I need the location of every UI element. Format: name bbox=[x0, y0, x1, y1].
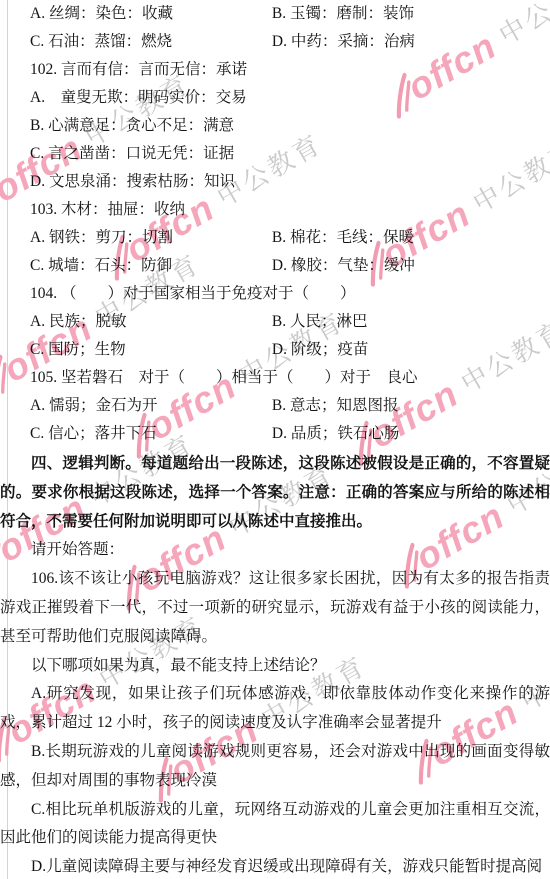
exam-document: A. 丝绸：染色：收藏 B. 玉镯：磨制：装饰 C. 石油：蒸馏：燃烧 D. 中… bbox=[0, 0, 550, 879]
q103-option-d: D. 橡胶：气垫：缓冲 bbox=[272, 257, 415, 274]
q106-option-c: C.相比玩单机版游戏的儿童，玩网络互动游戏的儿童会更加注重相互交流，因此他们的阅… bbox=[0, 796, 550, 854]
q103-option-a: A. 钢铁：剪刀：切割 bbox=[30, 224, 268, 252]
q106-option-b: B.长期玩游戏的儿童阅读游戏规则更容易，还会对游戏中出现的画面变得敏感，但却对周… bbox=[0, 738, 550, 796]
q101-option-d: D. 中药：采摘：治病 bbox=[272, 33, 415, 50]
q103-option-row-ab: A. 钢铁：剪刀：切割 B. 棉花：毛线：保暖 bbox=[0, 224, 550, 252]
logic-judgment-section: 四、逻辑判断。每道题给出一段陈述，这段陈述被假设是正确的，不容置疑的。要求你根据… bbox=[0, 450, 550, 879]
q103-stem: 103. 木材：抽屉：收纳 bbox=[0, 196, 550, 224]
q105-option-c: C. 信心；落井下石 bbox=[30, 420, 268, 448]
q103-option-b: B. 棉花：毛线：保暖 bbox=[272, 229, 414, 246]
q105-option-a: A. 懦弱；金石为开 bbox=[30, 392, 268, 420]
q106-option-d: D.儿童阅读障碍主要与神经发育迟缓或出现障碍有关，游戏只能暂时提高阅 bbox=[0, 853, 550, 879]
q102-option-b: B. 心满意足：贪心不足：满意 bbox=[0, 112, 550, 140]
q102-option-d: D. 文思泉涌：搜索枯肠：知识 bbox=[0, 168, 550, 196]
q102-option-a: A. 童叟无欺：明码实价：交易 bbox=[0, 84, 550, 112]
q105-stem: 105. 坚若磐石 对于（ ）相当于（ ）对于 良心 bbox=[0, 364, 550, 392]
q104-option-d: D. 阶级；疫苗 bbox=[272, 341, 368, 358]
q103-option-row-cd: C. 城墙：石头：防御 D. 橡胶：气垫：缓冲 bbox=[0, 252, 550, 280]
q104-option-row-ab: A. 民族；脱敏 B. 人民；淋巴 bbox=[0, 308, 550, 336]
q105-option-row-ab: A. 懦弱；金石为开 B. 意志；知恩图报 bbox=[0, 392, 550, 420]
q106-question-line: 以下哪项如果为真，最不能支持上述结论？ bbox=[0, 652, 550, 681]
q101-option-a: A. 丝绸：染色：收藏 bbox=[30, 0, 268, 28]
q105-option-row-cd: C. 信心；落井下石 D. 品质；铁石心肠 bbox=[0, 420, 550, 448]
q105-option-b: B. 意志；知恩图报 bbox=[272, 397, 399, 414]
q106-option-a: A.研究发现，如果让孩子们玩体感游戏，即依靠肢体动作变化来操作的游戏，累计超过 … bbox=[0, 680, 550, 738]
section-four-heading: 四、逻辑判断。每道题给出一段陈述，这段陈述被假设是正确的，不容置疑的。要求你根据… bbox=[0, 450, 550, 536]
q104-option-a: A. 民族；脱敏 bbox=[30, 308, 268, 336]
q102-option-c: C. 言之凿凿：口说无凭：证据 bbox=[0, 140, 550, 168]
q104-option-c: C. 国防；生物 bbox=[30, 336, 268, 364]
q104-stem: 104. （ ）对于国家相当于免疫对于（ ） bbox=[0, 280, 550, 308]
q102-stem: 102. 言而有信：言而无信：承诺 bbox=[0, 56, 550, 84]
q104-option-b: B. 人民；淋巴 bbox=[272, 313, 368, 330]
start-answering-prompt: 请开始答题： bbox=[0, 536, 550, 565]
q101-option-c: C. 石油：蒸馏：燃烧 bbox=[30, 28, 268, 56]
q101-option-row-ab: A. 丝绸：染色：收藏 B. 玉镯：磨制：装饰 bbox=[0, 0, 550, 28]
q104-option-row-cd: C. 国防；生物 D. 阶级；疫苗 bbox=[0, 336, 550, 364]
q103-option-c: C. 城墙：石头：防御 bbox=[30, 252, 268, 280]
q105-option-d: D. 品质；铁石心肠 bbox=[272, 425, 399, 442]
q101-option-row-cd: C. 石油：蒸馏：燃烧 D. 中药：采摘：治病 bbox=[0, 28, 550, 56]
q101-option-b: B. 玉镯：磨制：装饰 bbox=[272, 5, 414, 22]
analogy-questions-section: A. 丝绸：染色：收藏 B. 玉镯：磨制：装饰 C. 石油：蒸馏：燃烧 D. 中… bbox=[0, 0, 550, 448]
exam-page: { "watermark": { "brand_en": "offcn", "b… bbox=[0, 0, 550, 879]
q106-stem: 106.该不该让小孩玩电脑游戏？这让很多家长困扰，因为有太多的报告指责游戏正摧毁… bbox=[0, 565, 550, 651]
